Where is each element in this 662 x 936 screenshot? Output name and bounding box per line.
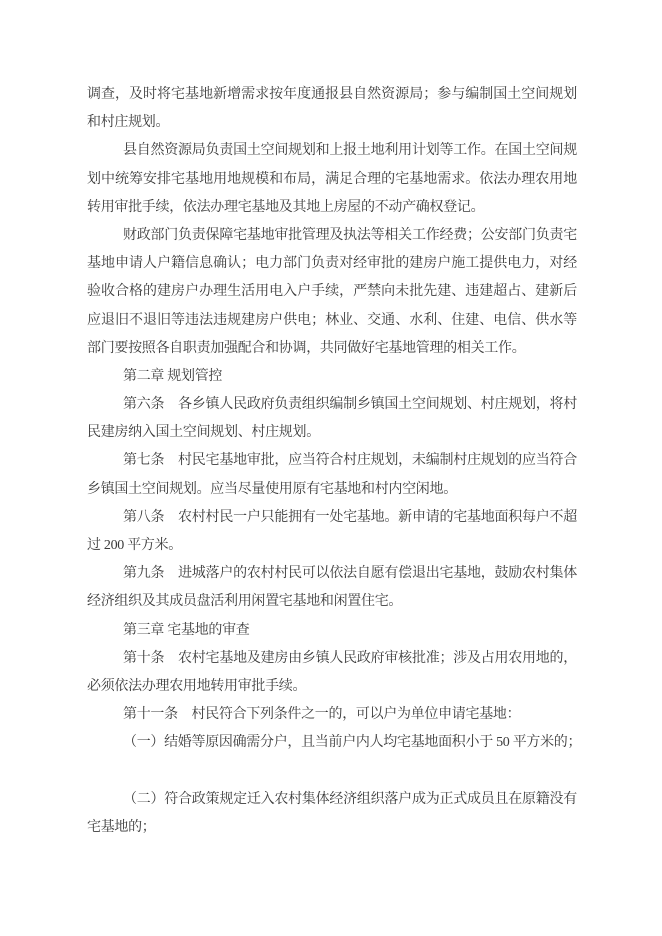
chapter-heading-line: 第三章 宅基地的审查: [87, 617, 577, 645]
text-line: 县自然资源局负责国土空间规划和上报土地利用计划等工作。在国土空间规: [87, 137, 577, 165]
text-line: 部门要按照各自职责加强配合和协调，共同做好宅基地管理的相关工作。: [87, 335, 577, 363]
document-text-block: 调查，及时将宅基地新增需求按年度通报县自然资源局；参与编制国土空间规划和村庄规划…: [87, 81, 577, 842]
text-line: 和村庄规划。: [87, 109, 577, 137]
text-line: 第八条 农村村民一户只能拥有一处宅基地。新申请的宅基地面积每户不超: [87, 504, 577, 532]
text-line: 第十条 农村宅基地及建房由乡镇人民政府审核批准；涉及占用农用地的，: [87, 645, 577, 673]
text-line: 必须依法办理农用地转用审批手续。: [87, 673, 577, 701]
text-line: 划中统筹安排宅基地用地规模和布局，满足合理的宅基地需求。依法办理农用地: [87, 166, 577, 194]
text-line: 第六条 各乡镇人民政府负责组织编制乡镇国土空间规划、村庄规划，将村: [87, 391, 577, 419]
text-line: 民建房纳入国土空间规划、村庄规划。: [87, 419, 577, 447]
text-line: 第十一条 村民符合下列条件之一的，可以户为单位申请宅基地：: [87, 701, 577, 729]
text-line: 调查，及时将宅基地新增需求按年度通报县自然资源局；参与编制国土空间规划: [87, 81, 577, 109]
text-line: 基地申请人户籍信息确认；电力部门负责对经审批的建房户施工提供电力，对经: [87, 250, 577, 278]
text-line: 经济组织及其成员盘活利用闲置宅基地和闲置住宅。: [87, 588, 577, 616]
text-line: 财政部门负责保障宅基地审批管理及执法等相关工作经费；公安部门负责宅: [87, 222, 577, 250]
text-line: [87, 758, 577, 786]
text-line: （二）符合政策规定迁入农村集体经济组织落户成为正式成员且在原籍没有: [87, 786, 577, 814]
text-line: （一）结婚等原因确需分户，且当前户内人均宅基地面积小于 50 平方米的；: [87, 729, 577, 757]
text-line: 乡镇国土空间规划。应当尽量使用原有宅基地和村内空闲地。: [87, 476, 577, 504]
chapter-heading-line: 第二章 规划管控: [87, 363, 577, 391]
document-page: 调查，及时将宅基地新增需求按年度通报县自然资源局；参与编制国土空间规划和村庄规划…: [0, 0, 662, 936]
text-line: 验收合格的建房户办理生活用电入户手续，严禁向未批先建、违建超占、建新后: [87, 278, 577, 306]
text-line: 第九条 进城落户的农村村民可以依法自愿有偿退出宅基地，鼓励农村集体: [87, 560, 577, 588]
text-line: 第七条 村民宅基地审批，应当符合村庄规划，未编制村庄规划的应当符合: [87, 447, 577, 475]
text-line: 过 200 平方米。: [87, 532, 577, 560]
text-line: 宅基地的；: [87, 814, 577, 842]
text-line: 应退旧不退旧等违法违规建房户供电；林业、交通、水利、住建、电信、供水等: [87, 307, 577, 335]
text-line: 转用审批手续，依法办理宅基地及其地上房屋的不动产确权登记。: [87, 194, 577, 222]
